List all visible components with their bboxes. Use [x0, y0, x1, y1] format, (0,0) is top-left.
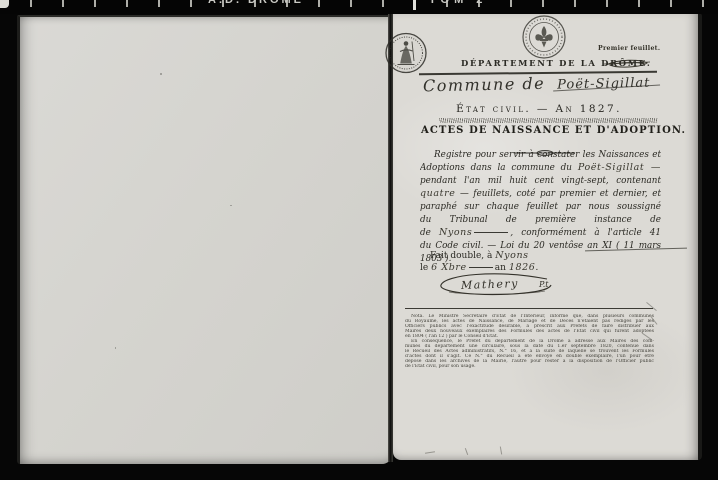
- registre-line: Registre pour servir à constater les Nai…: [420, 149, 661, 162]
- fill-dash: [474, 232, 508, 233]
- etat-civil-heading: État civil. — An 1827.: [433, 103, 645, 115]
- hatched-divider: [439, 118, 658, 123]
- registre-line: du Tribunal de première instance de l'ar…: [420, 214, 661, 227]
- printed-text: Fait double, à: [430, 251, 492, 261]
- scan-top-band: A.D. DROME TOM 2: [0, 0, 718, 14]
- page-title: ACTES DE NAISSANCE ET D'ADOPTION.: [421, 125, 673, 136]
- printed-text: le: [420, 263, 428, 273]
- fill-dash: [469, 267, 493, 268]
- commune-word: Commune de: [423, 74, 545, 96]
- commune-name: Poët-Sigillat: [557, 76, 650, 93]
- commune-handwritten-line: Commune de Poët-Sigillat: [423, 72, 651, 96]
- handwritten-text: Nyons: [495, 250, 528, 261]
- registre-line: quatre — feuillets, coté par premier et …: [420, 188, 661, 201]
- printed-text: — feuillets, coté par premier et dernier…: [460, 189, 661, 199]
- premier-feuillet-label: Premier feuillet.: [598, 45, 660, 52]
- scanned-register-page: A.D. DROME TOM 2: [0, 0, 718, 480]
- paper-speck: [230, 205, 232, 206]
- registre-line: paraphé sur chaque feuillet par nous sou…: [420, 201, 661, 214]
- fait-line: Fait double, à Nyons: [420, 250, 670, 262]
- pencil-mark: [646, 302, 657, 311]
- registre-line: pendant l'an mil huit cent vingt-sept, c…: [420, 175, 661, 188]
- nota-fine-print: Nota. Le Ministre Secrétaire d'État de l…: [405, 314, 654, 369]
- pencil-mark: [500, 446, 502, 454]
- departement-heading: DÉPARTEMENT DE LA DRÔME.: [461, 58, 601, 68]
- nota-rule: [405, 308, 653, 309]
- handwritten-text: quatre: [420, 188, 455, 199]
- oval-seal-stamp-icon: [384, 32, 428, 78]
- archive-label: A.D. DROME: [208, 0, 304, 6]
- signature-block: Mathery P.t: [435, 271, 575, 301]
- registre-line: de Nyons, conformément à l'article 41: [420, 227, 661, 240]
- left-blank-page: [17, 15, 392, 464]
- pencil-mark: [465, 448, 468, 455]
- printed-text: , conformément à l'article 41: [510, 228, 661, 238]
- registre-line: Adoptions dans la commune du Poët-Sigill…: [420, 162, 661, 175]
- handwritten-text: Poët-Sigillat —: [578, 162, 661, 173]
- nota-line: de l'État civil, pour son usage.: [405, 364, 654, 369]
- scan-label-clip: A.D. DROME TOM 2: [0, 0, 718, 8]
- paper-speck: [115, 347, 116, 349]
- signature-name: Mathery: [461, 277, 519, 292]
- signature-title-abbrev: P.t: [539, 280, 549, 289]
- paper-speck: [160, 73, 162, 75]
- pencil-mark: [425, 451, 435, 453]
- handwritten-text: Nyons: [439, 227, 472, 238]
- printed-text: Adoptions dans la commune du: [420, 163, 572, 173]
- tome-label: TOM 2: [429, 0, 487, 6]
- printed-text: de: [420, 228, 431, 238]
- right-document-page: Premier feuillet. DÉPARTEMENT DE LA DRÔM…: [393, 13, 702, 460]
